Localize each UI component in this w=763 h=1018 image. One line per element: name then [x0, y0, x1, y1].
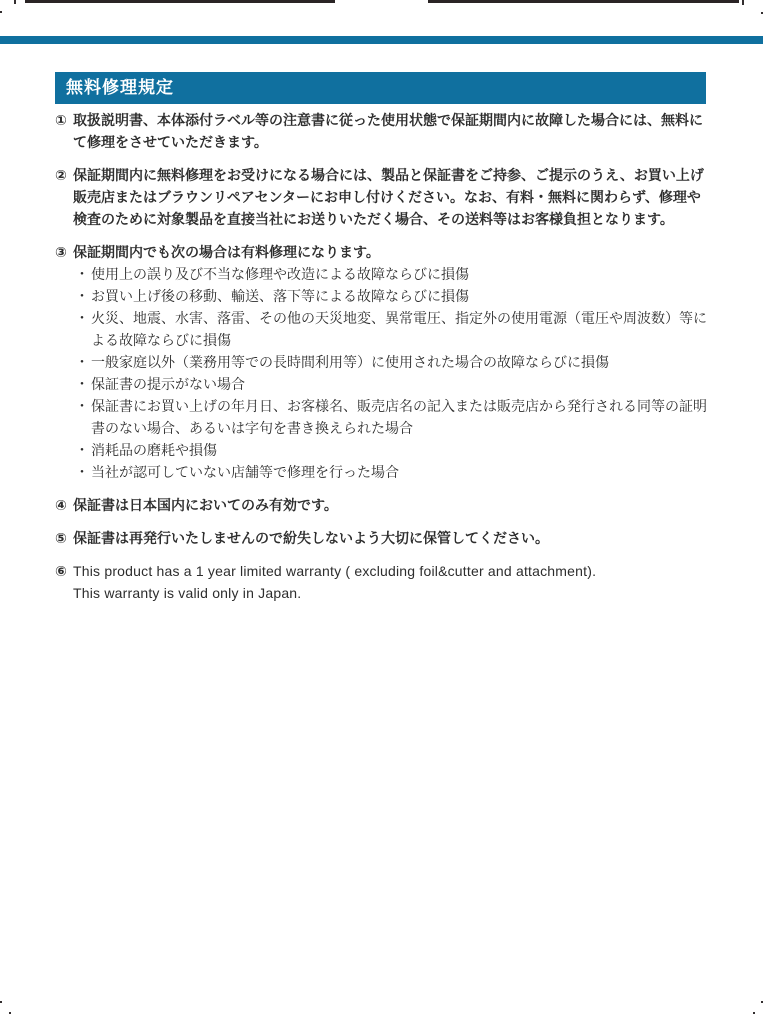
crop-mark: [9, 1012, 11, 1014]
bullet-text: 消耗品の磨耗や損傷: [91, 439, 708, 461]
bullet-item: ・ 当社が認可していない店舗等で修理を行った場合: [73, 461, 708, 483]
bullet-dot-icon: ・: [75, 307, 91, 351]
bullet-dot-icon: ・: [75, 461, 91, 483]
item-text: 保証期間内でも次の場合は有料修理になります。: [73, 241, 708, 263]
term-item-2: ② 保証期間内に無料修理をお受けになる場合には、製品と保証書をご持参、ご提示のう…: [55, 164, 708, 230]
bullet-dot-icon: ・: [75, 263, 91, 285]
crop-mark: [753, 1012, 755, 1014]
bullet-item: ・ 一般家庭以外（業務用等での長時間利用等）に使用された場合の故障ならびに損傷: [73, 351, 708, 373]
term-item-5: ⑤ 保証書は再発行いたしませんので紛失しないよう大切に保管してください。: [55, 527, 708, 549]
bullet-text: 保証書にお買い上げの年月日、お客様名、販売店名の記入または販売店から発行される同…: [91, 395, 708, 439]
item-number: ⑥: [55, 560, 73, 604]
item-text: 保証期間内に無料修理をお受けになる場合には、製品と保証書をご持参、ご提示のうえ、…: [73, 164, 708, 230]
item-text-line2: This warranty is valid only in Japan.: [73, 582, 708, 604]
item-number: ③: [55, 241, 73, 483]
top-fold-bar-right: [428, 0, 739, 3]
bullet-item: ・ 保証書にお買い上げの年月日、お客様名、販売店名の記入または販売店から発行され…: [73, 395, 708, 439]
bullet-item: ・ 使用上の誤り及び不当な修理や改造による故障ならびに損傷: [73, 263, 708, 285]
item-text-line1: This product has a 1 year limited warran…: [73, 560, 708, 582]
bullet-dot-icon: ・: [75, 373, 91, 395]
top-fold-bar-left: [25, 0, 335, 3]
term-item-1: ① 取扱説明書、本体添付ラベル等の注意書に従った使用状態で保証期間内に故障した場…: [55, 109, 708, 153]
warranty-terms-list: ① 取扱説明書、本体添付ラベル等の注意書に従った使用状態で保証期間内に故障した場…: [55, 109, 708, 604]
crop-mark: [742, 0, 744, 5]
bullet-text: お買い上げ後の移動、輸送、落下等による故障ならびに損傷: [91, 285, 708, 307]
bullet-item: ・ 保証書の提示がない場合: [73, 373, 708, 395]
term-item-6: ⑥ This product has a 1 year limited warr…: [55, 560, 708, 604]
section-title-bar: 無料修理規定: [55, 72, 706, 104]
item-number: ②: [55, 164, 73, 230]
bullet-item: ・ 火災、地震、水害、落雷、その他の天災地変、異常電圧、指定外の使用電源（電圧や…: [73, 307, 708, 351]
item-number: ④: [55, 494, 73, 516]
section-title: 無料修理規定: [66, 78, 174, 97]
bullet-dot-icon: ・: [75, 439, 91, 461]
crop-mark: [14, 0, 16, 4]
item-text: 取扱説明書、本体添付ラベル等の注意書に従った使用状態で保証期間内に故障した場合に…: [73, 109, 708, 153]
bullet-text: 火災、地震、水害、落雷、その他の天災地変、異常電圧、指定外の使用電源（電圧や周波…: [91, 307, 708, 351]
top-blue-band: [0, 36, 763, 44]
bullet-text: 保証書の提示がない場合: [91, 373, 708, 395]
item-text: 保証書は日本国内においてのみ有効です。: [73, 494, 708, 516]
bullet-dot-icon: ・: [75, 351, 91, 373]
item-text: 保証書は再発行いたしませんので紛失しないよう大切に保管してください。: [73, 527, 708, 549]
crop-mark: [0, 11, 2, 13]
item-number: ①: [55, 109, 73, 153]
term-item-3: ③ 保証期間内でも次の場合は有料修理になります。 ・ 使用上の誤り及び不当な修理…: [55, 241, 708, 483]
bullet-text: 一般家庭以外（業務用等での長時間利用等）に使用された場合の故障ならびに損傷: [91, 351, 708, 373]
bullet-item: ・ 消耗品の磨耗や損傷: [73, 439, 708, 461]
term-item-4: ④ 保証書は日本国内においてのみ有効です。: [55, 494, 708, 516]
bullet-text: 当社が認可していない店舗等で修理を行った場合: [91, 461, 708, 483]
bullet-dot-icon: ・: [75, 285, 91, 307]
bullet-text: 使用上の誤り及び不当な修理や改造による故障ならびに損傷: [91, 263, 708, 285]
crop-mark: [0, 1001, 2, 1003]
bullet-item: ・ お買い上げ後の移動、輸送、落下等による故障ならびに損傷: [73, 285, 708, 307]
bullet-dot-icon: ・: [75, 395, 91, 439]
page: 無料修理規定 ① 取扱説明書、本体添付ラベル等の注意書に従った使用状態で保証期間…: [0, 0, 763, 1018]
item-number: ⑤: [55, 527, 73, 549]
